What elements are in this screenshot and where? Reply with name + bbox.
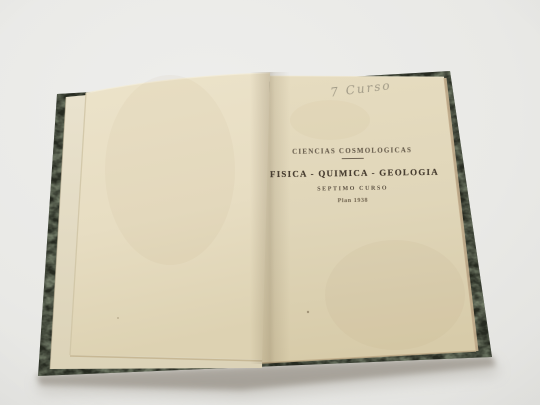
gutter-shadow [250, 72, 290, 364]
book-illustration [0, 0, 540, 405]
book-photograph: 7 Curso CIENCIAS COSMOLOGICAS FISICA - Q… [0, 0, 540, 405]
